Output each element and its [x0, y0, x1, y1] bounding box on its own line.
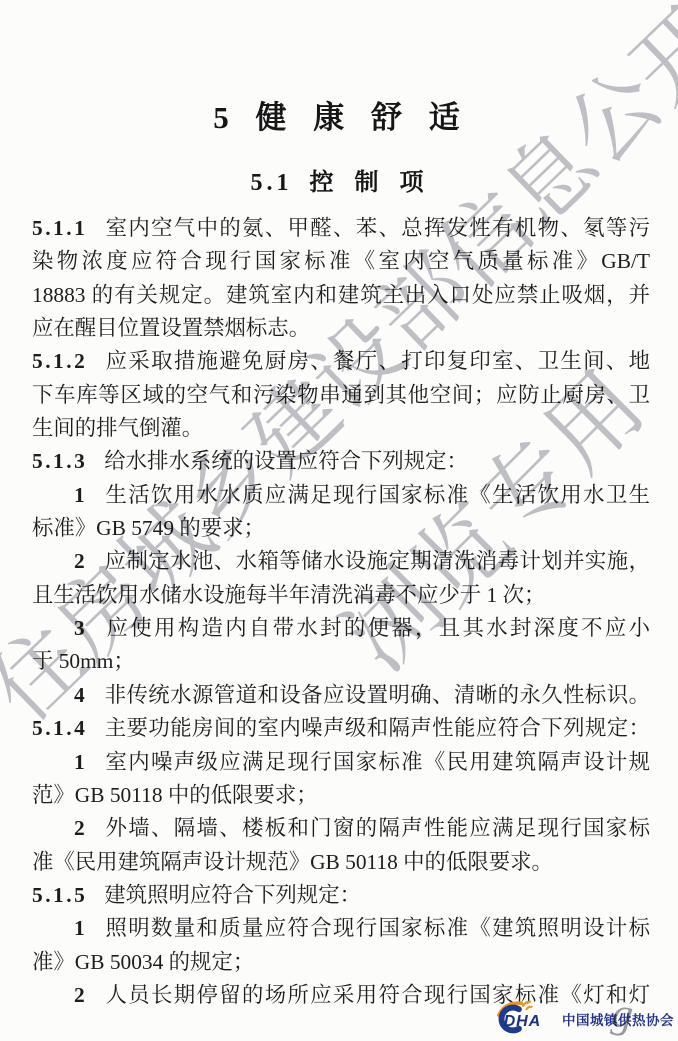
text-line: 18883 的有关规定。建筑室内和建筑主出入口处应禁止吸烟，并: [32, 279, 650, 312]
clause-text: 非传统水源管道和设备应设置明确、清晰的永久性标识。: [104, 683, 650, 707]
clause-line: 1室内噪声级应满足现行国家标准《民用建筑隔声设计规: [32, 746, 650, 779]
clause-number: 1: [74, 750, 87, 774]
clause-number: 3: [74, 616, 87, 640]
clause-text: 应采取措施避免厨房、餐厅、打印复印室、卫生间、地: [104, 349, 650, 373]
clause-text: 于 50mm；: [32, 649, 135, 673]
clause-line: 5.1.2应采取措施避免厨房、餐厅、打印复印室、卫生间、地: [32, 345, 650, 378]
clause-number: 5.1.2: [32, 349, 87, 373]
body-text: 5.1.1室内空气中的氨、甲醛、苯、总挥发性有机物、氡等污染物浓度应符合现行国家…: [32, 212, 650, 1012]
association-logo: DHA 中国城镇供热协会: [491, 993, 674, 1039]
clause-text: 建筑照明应符合下列规定：: [104, 883, 361, 907]
clause-text: 18883 的有关规定。建筑室内和建筑主出入口处应禁止吸烟，并: [32, 283, 650, 307]
clause-text: 范》GB 50118 中的低限要求；: [32, 783, 318, 807]
clause-text: 生活饮用水水质应满足现行国家标准《生活饮用水卫生: [104, 483, 650, 507]
clause-number: 1: [74, 483, 87, 507]
clause-text: 室内空气中的氨、甲醛、苯、总挥发性有机物、氡等污: [104, 216, 650, 240]
clause-text: 给水排水系统的设置应符合下列规定：: [104, 449, 468, 473]
chapter-title: 5 健 康 舒 适: [0, 92, 678, 137]
clause-text: 生间的排气倒灌。: [32, 416, 203, 440]
clause-line: 5.1.1室内空气中的氨、甲醛、苯、总挥发性有机物、氡等污: [32, 212, 650, 245]
clause-text: 应制定水池、水箱等储水设施定期清洗消毒计划并实施，: [104, 549, 650, 573]
dha-logo-text: DHA: [504, 1012, 541, 1030]
clause-text: 染物浓度应符合现行国家标准《室内空气质量标准》GB/T: [32, 249, 650, 273]
clause-text: 外墙、隔墙、楼板和门窗的隔声性能应满足现行国家标: [104, 816, 650, 840]
dha-logo-icon: DHA: [491, 997, 557, 1035]
clause-line: 1照明数量和质量应符合现行国家标准《建筑照明设计标: [32, 912, 650, 945]
clause-text: 应使用构造内自带水封的便器，且其水封深度不应小: [104, 616, 650, 640]
clause-number: 5.1.1: [32, 216, 87, 240]
text-line: 准》GB 50034 的规定；: [32, 946, 650, 979]
clause-text: 准《民用建筑隔声设计规范》GB 50118 中的低限要求。: [32, 850, 553, 874]
clause-text: 照明数量和质量应符合现行国家标准《建筑照明设计标: [104, 916, 650, 940]
clause-number: 5.1.5: [32, 883, 87, 907]
clause-number: 5.1.3: [32, 449, 87, 473]
clause-text: 应在醒目位置设置禁烟标志。: [32, 316, 310, 340]
clause-text: 室内噪声级应满足现行国家标准《民用建筑隔声设计规: [104, 750, 650, 774]
clause-text: 准》GB 50034 的规定；: [32, 950, 254, 974]
text-line: 标准》GB 5749 的要求；: [32, 512, 650, 545]
text-line: 生间的排气倒灌。: [32, 412, 650, 445]
text-line: 下车库等区域的空气和污染物串通到其他空间；应防止厨房、卫: [32, 379, 650, 412]
text-line: 范》GB 50118 中的低限要求；: [32, 779, 650, 812]
clause-line: 2外墙、隔墙、楼板和门窗的隔声性能应满足现行国家标: [32, 812, 650, 845]
clause-line: 5.1.5建筑照明应符合下列规定：: [32, 879, 650, 912]
clause-text: 主要功能房间的室内噪声级和隔声性能应符合下列规定：: [104, 716, 650, 740]
clause-line: 5.1.3给水排水系统的设置应符合下列规定：: [32, 445, 650, 478]
clause-text: 下车库等区域的空气和污染物串通到其他空间；应防止厨房、卫: [32, 383, 650, 407]
text-line: 应在醒目位置设置禁烟标志。: [32, 312, 650, 345]
text-line: 且生活饮用水储水设施每半年清洗消毒不应少于 1 次；: [32, 579, 650, 612]
text-line: 准《民用建筑隔声设计规范》GB 50118 中的低限要求。: [32, 846, 650, 879]
clause-number: 2: [74, 549, 87, 573]
clause-line: 4非传统水源管道和设备应设置明确、清晰的永久性标识。: [32, 679, 650, 712]
clause-number: 2: [74, 983, 87, 1007]
clause-number: 5.1.4: [32, 716, 87, 740]
clause-text: 且生活饮用水储水设施每半年清洗消毒不应少于 1 次；: [32, 583, 545, 607]
text-line: 染物浓度应符合现行国家标准《室内空气质量标准》GB/T: [32, 245, 650, 278]
clause-number: 4: [74, 683, 87, 707]
clause-number: 2: [74, 816, 87, 840]
clause-text: 标准》GB 5749 的要求；: [32, 516, 265, 540]
document-page: 住房城乡建设部信息公开 浏览专用 5 健 康 舒 适 5.1 控 制 项 5.1…: [0, 0, 678, 1041]
section-title: 5.1 控 制 项: [0, 162, 678, 197]
clause-number: 1: [74, 916, 87, 940]
clause-line: 5.1.4主要功能房间的室内噪声级和隔声性能应符合下列规定：: [32, 712, 650, 745]
text-line: 于 50mm；: [32, 645, 650, 678]
clause-line: 1生活饮用水水质应满足现行国家标准《生活饮用水卫生: [32, 479, 650, 512]
clause-line: 2应制定水池、水箱等储水设施定期清洗消毒计划并实施，: [32, 545, 650, 578]
clause-line: 3应使用构造内自带水封的便器，且其水封深度不应小: [32, 612, 650, 645]
